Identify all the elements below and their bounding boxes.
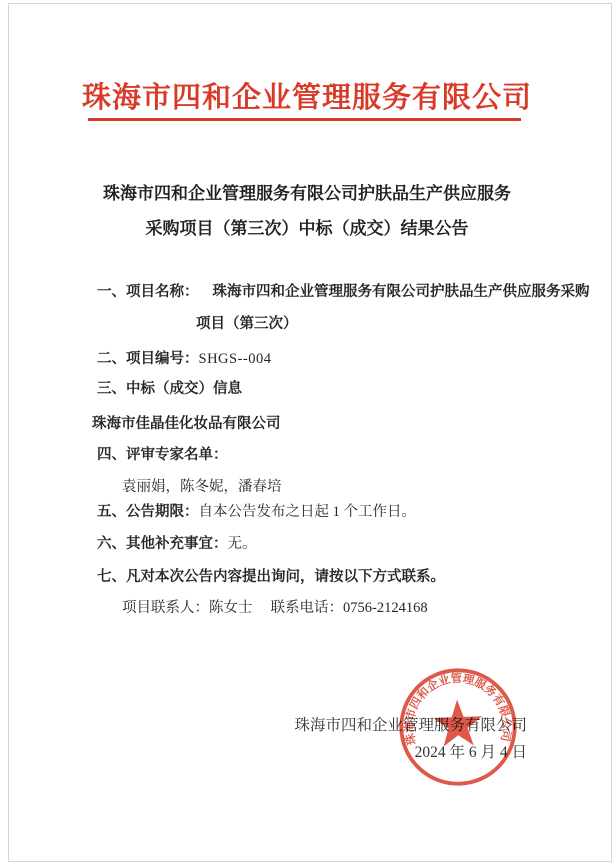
item-4-expert-list: 四、评审专家名单：	[97, 446, 228, 464]
item-1-project-name: 一、项目名称：珠海市四和企业管理服务有限公司护肤品生产供应服务采购	[97, 283, 590, 301]
item-2-value: SHGS--004	[199, 351, 272, 367]
item-1-value-continuation: 项目（第三次）	[196, 315, 298, 333]
item-5-announcement-period: 五、公告期限：自本公告发布之日起 1 个工作日。	[97, 503, 416, 521]
item-6-value: 无。	[228, 536, 257, 552]
document-title: 珠海市四和企业管理服务有限公司护肤品生产供应服务 采购项目（第三次）中标（成交）…	[0, 176, 614, 246]
item-5-value: 自本公告发布之日起 1 个工作日。	[199, 504, 417, 520]
item-6-other-matters: 六、其他补充事宜：无。	[97, 535, 257, 553]
document-title-line1: 珠海市四和企业管理服务有限公司护肤品生产供应服务	[0, 176, 614, 211]
item-3-award-info: 三、中标（成交）信息	[97, 380, 242, 398]
document-title-line2: 采购项目（第三次）中标（成交）结果公告	[0, 211, 614, 246]
winner-company-name: 珠海市佳晶佳化妆品有限公司	[92, 415, 281, 433]
letterhead-company-name: 珠海市四和企业管理服务有限公司	[0, 83, 614, 113]
item-2-label: 二、项目编号：	[97, 351, 199, 367]
item-6-label: 六、其他补充事宜：	[97, 536, 228, 552]
item-1-value: 珠海市四和企业管理服务有限公司护肤品生产供应服务采购	[213, 284, 590, 300]
item-7-inquiry-notice: 七、凡对本次公告内容提出询问，请按以下方式联系。	[97, 568, 445, 586]
expert-names: 袁丽娟，陈冬妮，潘春培	[122, 478, 282, 496]
seal-graphic: 珠海市四和企业管理服务有限公司	[392, 661, 524, 793]
document-page: 珠海市四和企业管理服务有限公司 珠海市四和企业管理服务有限公司护肤品生产供应服务…	[0, 0, 614, 866]
contact-person: 项目联系人：陈女士	[122, 600, 253, 616]
contact-phone: 联系电话：0756-2124168	[271, 600, 428, 616]
seal-star-icon	[433, 699, 483, 747]
item-5-label: 五、公告期限：	[97, 504, 199, 520]
item-1-label: 一、项目名称：	[97, 284, 199, 300]
company-seal-stamp: 珠海市四和企业管理服务有限公司	[392, 661, 524, 793]
item-2-project-number: 二、项目编号：SHGS--004	[97, 350, 271, 368]
contact-line: 项目联系人：陈女士联系电话：0756-2124168	[122, 599, 428, 617]
letterhead-divider	[88, 118, 521, 121]
